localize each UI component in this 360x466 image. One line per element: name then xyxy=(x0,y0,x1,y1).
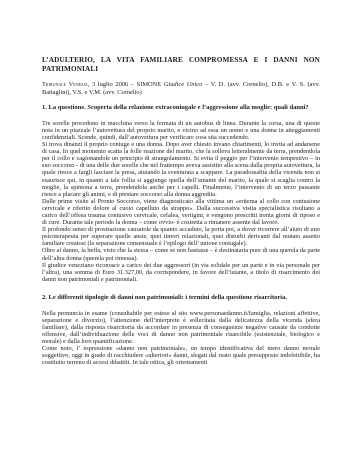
section-1-heading: 1. La questione. Scoperta della relazion… xyxy=(42,104,320,112)
citation-court: Tribunale Venezia xyxy=(42,81,88,88)
paragraph: Tre sorelle procedono in macchina verso … xyxy=(42,120,320,141)
citation-date-and-judge: , 3 luglio 2006 – SIMONE xyxy=(88,81,164,88)
paragraph: Nella pronuncia in esame (consultabile p… xyxy=(42,310,320,345)
case-citation: Tribunale Venezia, 3 luglio 2006 – SIMON… xyxy=(42,81,320,96)
document-title: L’ADULTERIO, LA VITA FAMILIARE COMPROMES… xyxy=(42,56,320,74)
paragraph: Oltre al danno, la beffa, visto che la s… xyxy=(42,247,320,261)
paragraph: Come noto, l’ espressione «danno non pat… xyxy=(42,345,320,366)
paragraph: Il profondo senso di prostrazione causat… xyxy=(42,226,320,247)
paragraph: Si trova dinanzi il proprio coniuge e un… xyxy=(42,141,320,198)
paragraph: Dalle prime visite al Pronto Soccorso, v… xyxy=(42,198,320,226)
section-2-heading: 2. Le differenti tipologie di danni non … xyxy=(42,294,320,302)
document-page: L’ADULTERIO, LA VITA FAMILIARE COMPROMES… xyxy=(0,0,360,466)
paragraph: Il giudice veneziano riconosce a carico … xyxy=(42,262,320,283)
citation-judge-role: Giudice Unico xyxy=(164,81,203,88)
